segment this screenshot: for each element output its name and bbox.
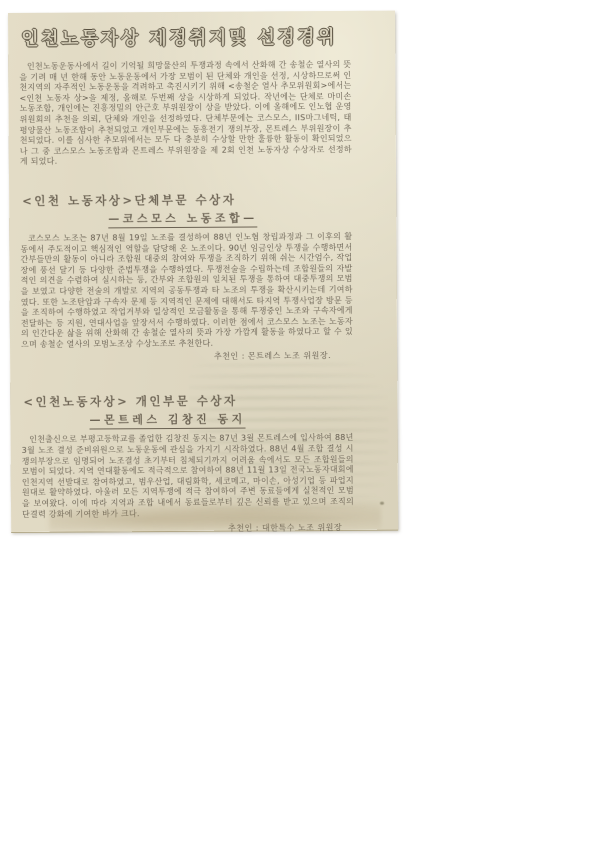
intro-paragraph: 인천노동운동사에서 길이 기억될 희망물산의 투쟁과정 속에서 산화해 간 송철… — [19, 60, 352, 168]
section-heading-group-award: <인천 노동자상>단체부문 수상자 — [22, 191, 352, 209]
section-body-group-award: 코스모스 노조는 87년 8월 19일 노조를 결성하여 88년 인노협 창립과… — [20, 232, 353, 351]
section-heading-individual-award: <인천노동자상> 개인부문 수상자 — [23, 392, 353, 410]
section-subheading-group-award: —코스모스 노동조합— — [108, 209, 257, 228]
paper-sheet: 인천노동자상 제정취지및 선정경위 인천노동운동사에서 길이 기억될 희망물산의… — [8, 11, 398, 532]
section-body-individual-award: 인천출신으로 부평고등학교를 졸업한 김창진 동지는 87년 3월 몬트레스에 … — [22, 433, 355, 520]
ink-speck — [380, 502, 384, 505]
recommender-line-group-award: 추천인 : 몬트레스 노조 위원장. — [21, 350, 353, 363]
document-page: 인천노동자상 제정취지및 선정경위 인천노동운동사에서 길이 기억될 희망물산의… — [8, 11, 398, 532]
section-subheading-individual-award: —몬트레스 김창진 동지 — [89, 411, 245, 430]
section-individual-award: <인천노동자상> 개인부문 수상자 —몬트레스 김창진 동지 인천출신으로 부평… — [21, 392, 354, 535]
document-title: 인천노동자상 제정취지및 선정경위 — [21, 23, 337, 51]
scan-background: 인천노동자상 제정취지및 선정경위 인천노동운동사에서 길이 기억될 희망물산의… — [0, 0, 590, 850]
section-group-award: <인천 노동자상>단체부문 수상자 —코스모스 노동조합— 코스모스 노조는 8… — [20, 191, 353, 364]
recommender-line-individual-award: 추천인 : 대한특수 노조 위원장 — [22, 522, 354, 535]
